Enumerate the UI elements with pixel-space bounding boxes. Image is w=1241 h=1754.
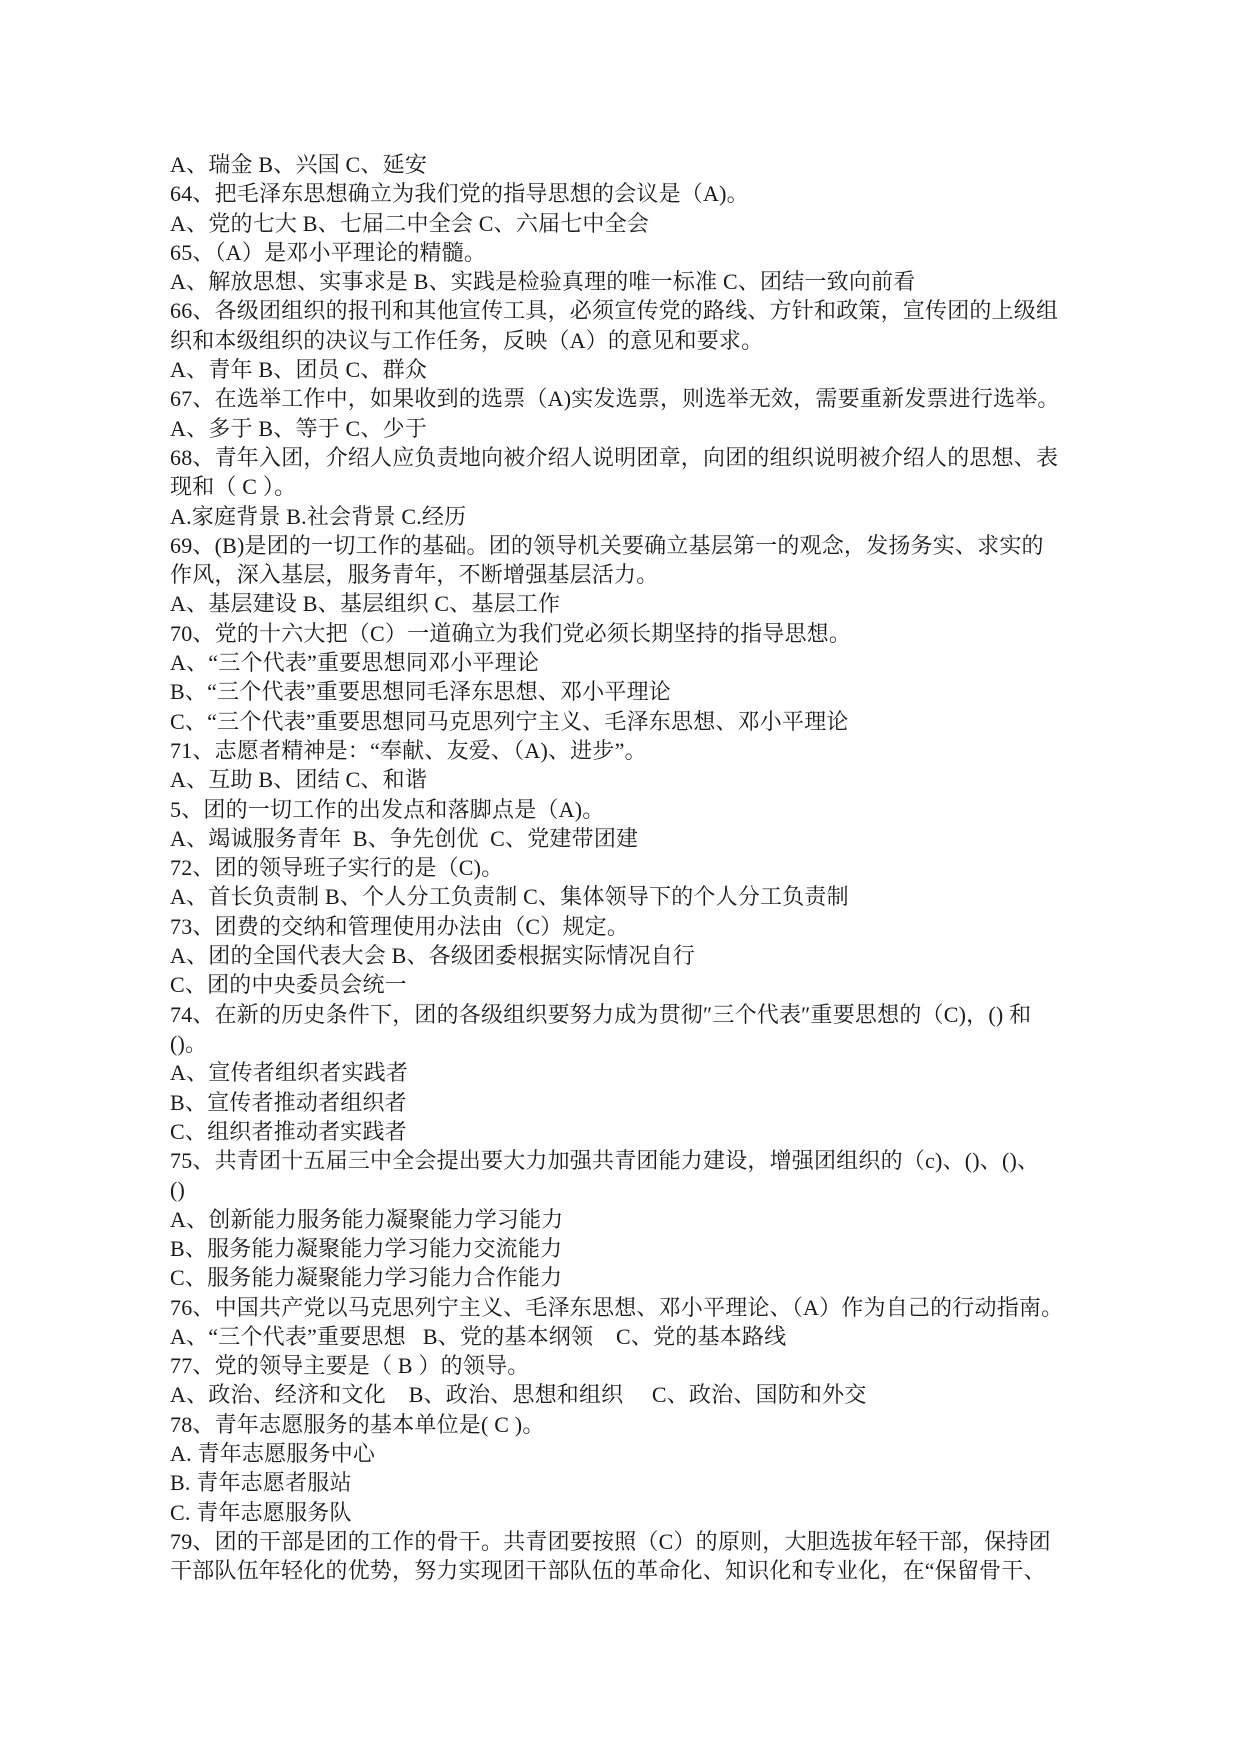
text-line: 67、在选举工作中，如果收到的选票（A)实发选票，则选举无效，需要重新发票进行选…: [170, 384, 1090, 413]
text-line: 现和（ C ）。: [170, 472, 1090, 501]
quiz-text-block: A、瑞金 B、兴国 C、延安64、把毛泽东思想确立为我们党的指导思想的会议是（A…: [170, 150, 1090, 1586]
text-line: 5、团的一切工作的出发点和落脚点是（A)。: [170, 795, 1090, 824]
text-line: C、组织者推动者实践者: [170, 1117, 1090, 1146]
document-page: A、瑞金 B、兴国 C、延安64、把毛泽东思想确立为我们党的指导思想的会议是（A…: [0, 0, 1241, 1754]
text-line: B、“三个代表”重要思想同毛泽东思想、邓小平理论: [170, 677, 1090, 706]
text-line: A、竭诚服务青年 B、争先创优 C、党建带团建: [170, 824, 1090, 853]
text-line: 73、团费的交纳和管理使用办法由（C）规定。: [170, 912, 1090, 941]
text-line: A、青年 B、团员 C、群众: [170, 355, 1090, 384]
text-line: B、宣传者推动者组织者: [170, 1088, 1090, 1117]
text-line: 72、团的领导班子实行的是（C)。: [170, 853, 1090, 882]
text-line: 74、在新的历史条件下，团的各级组织要努力成为贯彻″三个代表″重要思想的（C)，…: [170, 1000, 1090, 1029]
text-line: A、“三个代表”重要思想同邓小平理论: [170, 648, 1090, 677]
text-line: B、服务能力凝聚能力学习能力交流能力: [170, 1234, 1090, 1263]
text-line: A、互助 B、团结 C、和谐: [170, 765, 1090, 794]
text-line: 75、共青团十五届三中全会提出要大力加强共青团能力建设，增强团组织的（c)、()…: [170, 1146, 1090, 1175]
text-line: C. 青年志愿服务队: [170, 1498, 1090, 1527]
text-line: 65、（A）是邓小平理论的精髓。: [170, 238, 1090, 267]
text-line: A、党的七大 B、七届二中全会 C、六届七中全会: [170, 209, 1090, 238]
text-line: 织和本级组织的决议与工作任务，反映（A）的意见和要求。: [170, 326, 1090, 355]
text-line: 78、青年志愿服务的基本单位是( C )。: [170, 1410, 1090, 1439]
text-line: 干部队伍年轻化的优势，努力实现团干部队伍的革命化、知识化和专业化，在“保留骨干、: [170, 1556, 1090, 1585]
text-line: A、首长负责制 B、个人分工负责制 C、集体领导下的个人分工负责制: [170, 882, 1090, 911]
text-line: 71、志愿者精神是：“奉献、友爱、（A)、进步”。: [170, 736, 1090, 765]
text-line: 77、党的领导主要是（ B ）的领导。: [170, 1351, 1090, 1380]
text-line: A.家庭背景 B.社会背景 C.经历: [170, 502, 1090, 531]
text-line: A、创新能力服务能力凝聚能力学习能力: [170, 1205, 1090, 1234]
text-line: A、团的全国代表大会 B、各级团委根据实际情况自行: [170, 941, 1090, 970]
text-line: 64、把毛泽东思想确立为我们党的指导思想的会议是（A)。: [170, 179, 1090, 208]
text-line: A、政治、经济和文化 B、政治、思想和组织 C、政治、国防和外交: [170, 1380, 1090, 1409]
text-line: 76、中国共产党以马克思列宁主义、毛泽东思想、邓小平理论、（A）作为自己的行动指…: [170, 1293, 1090, 1322]
text-line: 79、团的干部是团的工作的骨干。共青团要按照（C）的原则，大胆选拔年轻干部，保持…: [170, 1527, 1090, 1556]
text-line: ()。: [170, 1029, 1090, 1058]
text-line: A、“三个代表”重要思想 B、党的基本纲领 C、党的基本路线: [170, 1322, 1090, 1351]
text-line: A、解放思想、实事求是 B、实践是检验真理的唯一标准 C、团结一致向前看: [170, 267, 1090, 296]
text-line: A、瑞金 B、兴国 C、延安: [170, 150, 1090, 179]
text-line: A、宣传者组织者实践者: [170, 1058, 1090, 1087]
text-line: C、服务能力凝聚能力学习能力合作能力: [170, 1263, 1090, 1292]
text-line: A、多于 B、等于 C、少于: [170, 414, 1090, 443]
text-line: 70、党的十六大把（C）一道确立为我们党必须长期坚持的指导思想。: [170, 619, 1090, 648]
text-line: A. 青年志愿服务中心: [170, 1439, 1090, 1468]
text-line: (): [170, 1175, 1090, 1204]
text-line: 作风，深入基层，服务青年，不断增强基层活力。: [170, 560, 1090, 589]
text-line: 68、青年入团，介绍人应负责地向被介绍人说明团章，向团的组织说明被介绍人的思想、…: [170, 443, 1090, 472]
text-line: A、基层建设 B、基层组织 C、基层工作: [170, 589, 1090, 618]
text-line: 69、(B)是团的一切工作的基础。团的领导机关要确立基层第一的观念，发扬务实、求…: [170, 531, 1090, 560]
text-line: B. 青年志愿者服站: [170, 1468, 1090, 1497]
text-line: 66、各级团组织的报刊和其他宣传工具，必须宣传党的路线、方针和政策，宣传团的上级…: [170, 296, 1090, 325]
text-line: C、“三个代表”重要思想同马克思列宁主义、毛泽东思想、邓小平理论: [170, 707, 1090, 736]
text-line: C、团的中央委员会统一: [170, 970, 1090, 999]
